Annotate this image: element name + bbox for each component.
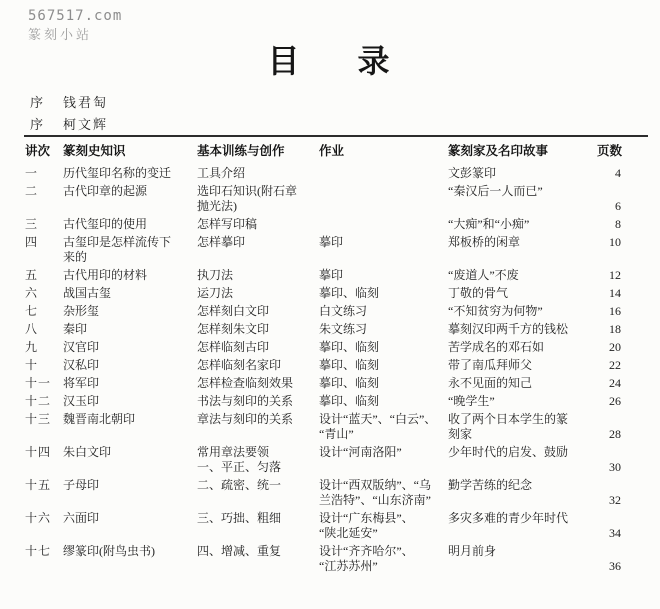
history-line: 秦印 [63, 322, 197, 337]
table-row: 五古代用印的材料执刀法摹印“废道人”不废12 [25, 268, 647, 286]
table-row: 一历代玺印名称的变迁工具介绍文彭篆印4 [25, 166, 647, 184]
page-number-cell: 24 [597, 376, 647, 394]
preface-list: 序钱君匋 序柯文辉 [30, 92, 108, 136]
column-header-page: 页数 [597, 141, 647, 166]
table-row: 十七缪篆印(附鸟虫书)四、增减、重复设计“齐齐哈尔”、“江苏苏州”明月前身36 [25, 544, 647, 577]
page-number-cell: 6 [597, 184, 647, 217]
history-line: 古代玺印的使用 [63, 217, 197, 232]
training-cell: 二、疏密、统一 [197, 478, 319, 511]
homework-cell: 摹印、临刻 [319, 286, 448, 304]
training-line: 二、疏密、统一 [197, 478, 319, 493]
story-cell: 永不见面的知己 [448, 376, 597, 394]
homework-cell: 摹印、临刻 [319, 358, 448, 376]
lecture-number-cell: 十五 [25, 478, 63, 511]
story-line: 勤学苦练的纪念 [448, 478, 597, 493]
page-number-cell: 22 [597, 358, 647, 376]
history-cell: 魏晋南北朝印 [63, 412, 197, 445]
training-cell: 章法与刻印的关系 [197, 412, 319, 445]
training-line: 怎样摹印 [197, 235, 319, 250]
history-line: 汉私印 [63, 358, 197, 373]
page-number-cell: 36 [597, 544, 647, 577]
homework-line: 摹印、临刻 [319, 340, 448, 355]
homework-line: 摹印、临刻 [319, 358, 448, 373]
history-line: 古代用印的材料 [63, 268, 197, 283]
scanned-toc-page: 567517.com 篆刻小站 目 录 序钱君匋 序柯文辉 讲次篆刻史知识基本训… [0, 0, 660, 609]
training-line: 章法与刻印的关系 [197, 412, 319, 427]
story-cell: 郑板桥的闲章 [448, 235, 597, 268]
page-number-cell: 14 [597, 286, 647, 304]
divider-rule [24, 135, 648, 137]
page-number-cell: 12 [597, 268, 647, 286]
toc-table-body: 一历代玺印名称的变迁工具介绍文彭篆印4二古代印章的起源选印石知识(附石章抛光法)… [25, 166, 647, 577]
training-line: 常用章法要领 [197, 445, 319, 460]
table-row: 十二汉玉印书法与刻印的关系摹印、临刻“晚学生”26 [25, 394, 647, 412]
homework-line: 设计“河南洛阳” [319, 445, 448, 460]
training-cell: 选印石知识(附石章抛光法) [197, 184, 319, 217]
history-cell: 朱白文印 [63, 445, 197, 478]
lecture-number-cell: 十二 [25, 394, 63, 412]
story-line: 丁敬的骨气 [448, 286, 597, 301]
homework-cell: 摹印、临刻 [319, 394, 448, 412]
training-line: 怎样写印稿 [197, 217, 319, 232]
story-cell: 勤学苦练的纪念 [448, 478, 597, 511]
table-row: 十三魏晋南北朝印章法与刻印的关系设计“蓝天”、“白云”、“青山”收了两个日本学生… [25, 412, 647, 445]
story-line: 郑板桥的闲章 [448, 235, 597, 250]
training-line: 工具介绍 [197, 166, 319, 181]
table-row: 八秦印怎样刻朱文印朱文练习摹刻汉印两千方的钱松18 [25, 322, 647, 340]
history-cell: 古代印章的起源 [63, 184, 197, 217]
history-line: 古玺印是怎样流传下 [63, 235, 197, 250]
story-cell: 少年时代的启发、鼓励 [448, 445, 597, 478]
homework-cell [319, 184, 448, 217]
history-line: 魏晋南北朝印 [63, 412, 197, 427]
lecture-number-cell: 一 [25, 166, 63, 184]
lecture-number-cell: 十七 [25, 544, 63, 577]
table-row: 十汉私印怎样临刻名家印摹印、临刻带了南瓜拜师父22 [25, 358, 647, 376]
column-header-training: 基本训练与创作 [197, 141, 319, 166]
history-line: 古代印章的起源 [63, 184, 197, 199]
homework-line: “陕北延安” [319, 526, 448, 541]
preface-row: 序柯文辉 [30, 114, 108, 136]
lecture-number-cell: 六 [25, 286, 63, 304]
page-number-cell: 34 [597, 511, 647, 544]
story-cell: “废道人”不废 [448, 268, 597, 286]
training-cell: 常用章法要领一、平正、匀落 [197, 445, 319, 478]
homework-line: 摹印 [319, 268, 448, 283]
training-cell: 书法与刻印的关系 [197, 394, 319, 412]
history-cell: 古代玺印的使用 [63, 217, 197, 235]
training-line: 选印石知识(附石章 [197, 184, 319, 199]
story-line: 多灾多难的青少年时代 [448, 511, 597, 526]
history-line: 战国古玺 [63, 286, 197, 301]
story-line: 文彭篆印 [448, 166, 597, 181]
history-line: 历代玺印名称的变迁 [63, 166, 197, 181]
homework-cell [319, 166, 448, 184]
training-cell: 运刀法 [197, 286, 319, 304]
history-line: 朱白文印 [63, 445, 197, 460]
training-cell: 执刀法 [197, 268, 319, 286]
history-line: 来的 [63, 250, 197, 265]
lecture-number-cell: 十一 [25, 376, 63, 394]
column-header-homework: 作业 [319, 141, 448, 166]
table-row: 九汉官印怎样临刻古印摹印、临刻苦学成名的邓石如20 [25, 340, 647, 358]
page-number-cell: 26 [597, 394, 647, 412]
homework-cell: 设计“齐齐哈尔”、“江苏苏州” [319, 544, 448, 577]
table-row: 十五子母印二、疏密、统一设计“西双版纳”、“乌兰浩特”、“山东济南”勤学苦练的纪… [25, 478, 647, 511]
table-row: 六战国古玺运刀法摹印、临刻丁敬的骨气14 [25, 286, 647, 304]
story-line: “秦汉后一人而已” [448, 184, 597, 199]
page-number-cell: 4 [597, 166, 647, 184]
homework-cell: 设计“河南洛阳” [319, 445, 448, 478]
history-cell: 战国古玺 [63, 286, 197, 304]
page-number-cell: 16 [597, 304, 647, 322]
homework-cell: 朱文练习 [319, 322, 448, 340]
homework-cell: 摹印 [319, 235, 448, 268]
history-line: 汉官印 [63, 340, 197, 355]
homework-line: 摹印、临刻 [319, 376, 448, 391]
training-line: 抛光法) [197, 199, 319, 214]
homework-cell: 摹印 [319, 268, 448, 286]
training-cell: 怎样临刻名家印 [197, 358, 319, 376]
homework-line: 设计“西双版纳”、“乌 [319, 478, 448, 493]
preface-author: 钱君匋 [63, 95, 108, 110]
preface-author: 柯文辉 [63, 117, 108, 132]
story-cell: 明月前身 [448, 544, 597, 577]
training-cell: 四、增减、重复 [197, 544, 319, 577]
story-line: “不知贫穷为何物” [448, 304, 597, 319]
homework-line: “青山” [319, 427, 448, 442]
story-line: 刻家 [448, 427, 597, 442]
toc-table: 讲次篆刻史知识基本训练与创作作业篆刻家及名印故事页数 一历代玺印名称的变迁工具介… [25, 141, 647, 577]
column-header-history: 篆刻史知识 [63, 141, 197, 166]
story-line: 带了南瓜拜师父 [448, 358, 597, 373]
preface-label: 序 [30, 92, 63, 111]
lecture-number-cell: 八 [25, 322, 63, 340]
story-cell: 带了南瓜拜师父 [448, 358, 597, 376]
header-row: 讲次篆刻史知识基本训练与创作作业篆刻家及名印故事页数 [25, 141, 647, 166]
history-cell: 杂形玺 [63, 304, 197, 322]
homework-cell: 白文练习 [319, 304, 448, 322]
history-cell: 汉玉印 [63, 394, 197, 412]
history-cell: 六面印 [63, 511, 197, 544]
table-row: 十六六面印三、巧拙、粗细设计“广东梅县”、“陕北延安”多灾多难的青少年时代34 [25, 511, 647, 544]
homework-line: 白文练习 [319, 304, 448, 319]
page-number-cell: 8 [597, 217, 647, 235]
table-row: 十四朱白文印常用章法要领一、平正、匀落设计“河南洛阳”少年时代的启发、鼓励30 [25, 445, 647, 478]
history-line: 子母印 [63, 478, 197, 493]
training-cell: 怎样写印稿 [197, 217, 319, 235]
history-cell: 汉官印 [63, 340, 197, 358]
story-cell: 丁敬的骨气 [448, 286, 597, 304]
story-cell: 苦学成名的邓石如 [448, 340, 597, 358]
lecture-number-cell: 七 [25, 304, 63, 322]
homework-line: 摹印、临刻 [319, 286, 448, 301]
page-number-cell: 32 [597, 478, 647, 511]
training-line: 运刀法 [197, 286, 319, 301]
story-line: 苦学成名的邓石如 [448, 340, 597, 355]
history-line: 六面印 [63, 511, 197, 526]
page-number-cell: 20 [597, 340, 647, 358]
table-row: 二古代印章的起源选印石知识(附石章抛光法)“秦汉后一人而已”6 [25, 184, 647, 217]
story-line: 永不见面的知己 [448, 376, 597, 391]
homework-line: 设计“广东梅县”、 [319, 511, 448, 526]
history-cell: 历代玺印名称的变迁 [63, 166, 197, 184]
page-number-cell: 28 [597, 412, 647, 445]
homework-line: 摹印、临刻 [319, 394, 448, 409]
homework-cell: 摹印、临刻 [319, 340, 448, 358]
preface-label: 序 [30, 114, 63, 133]
lecture-number-cell: 十 [25, 358, 63, 376]
page-title: 目 录 [0, 36, 660, 82]
training-line: 怎样刻白文印 [197, 304, 319, 319]
training-cell: 怎样刻白文印 [197, 304, 319, 322]
history-cell: 汉私印 [63, 358, 197, 376]
history-cell: 子母印 [63, 478, 197, 511]
history-line: 将军印 [63, 376, 197, 391]
table-row: 十一将军印怎样检查临刻效果摹印、临刻永不见面的知己24 [25, 376, 647, 394]
story-cell: 多灾多难的青少年时代 [448, 511, 597, 544]
column-header-lecture: 讲次 [25, 141, 63, 166]
story-line: 明月前身 [448, 544, 597, 559]
history-line: 汉玉印 [63, 394, 197, 409]
story-line: “废道人”不废 [448, 268, 597, 283]
history-cell: 秦印 [63, 322, 197, 340]
homework-cell: 摹印、临刻 [319, 376, 448, 394]
homework-cell: 设计“广东梅县”、“陕北延安” [319, 511, 448, 544]
preface-row: 序钱君匋 [30, 92, 108, 114]
training-cell: 怎样摹印 [197, 235, 319, 268]
watermark-url: 567517.com [28, 8, 122, 25]
homework-line: 兰浩特”、“山东济南” [319, 493, 448, 508]
lecture-number-cell: 十三 [25, 412, 63, 445]
column-header-story: 篆刻家及名印故事 [448, 141, 597, 166]
lecture-number-cell: 三 [25, 217, 63, 235]
story-line: “晚学生” [448, 394, 597, 409]
homework-cell [319, 217, 448, 235]
training-line: 怎样临刻古印 [197, 340, 319, 355]
history-line: 杂形玺 [63, 304, 197, 319]
training-line: 怎样刻朱文印 [197, 322, 319, 337]
table-row: 三古代玺印的使用怎样写印稿“大痴”和“小痴”8 [25, 217, 647, 235]
lecture-number-cell: 二 [25, 184, 63, 217]
training-line: 怎样检查临刻效果 [197, 376, 319, 391]
page-number-cell: 18 [597, 322, 647, 340]
training-line: 执刀法 [197, 268, 319, 283]
lecture-number-cell: 十四 [25, 445, 63, 478]
lecture-number-cell: 五 [25, 268, 63, 286]
story-line: 少年时代的启发、鼓励 [448, 445, 597, 460]
homework-line: 朱文练习 [319, 322, 448, 337]
story-cell: 文彭篆印 [448, 166, 597, 184]
homework-line: “江苏苏州” [319, 559, 448, 574]
story-cell: 收了两个日本学生的篆刻家 [448, 412, 597, 445]
lecture-number-cell: 四 [25, 235, 63, 268]
story-line: 收了两个日本学生的篆 [448, 412, 597, 427]
table-row: 四古玺印是怎样流传下来的怎样摹印摹印郑板桥的闲章10 [25, 235, 647, 268]
history-cell: 古代用印的材料 [63, 268, 197, 286]
story-cell: 摹刻汉印两千方的钱松 [448, 322, 597, 340]
story-cell: “秦汉后一人而已” [448, 184, 597, 217]
page-number-cell: 10 [597, 235, 647, 268]
training-line: 怎样临刻名家印 [197, 358, 319, 373]
homework-line: 摹印 [319, 235, 448, 250]
story-cell: “晚学生” [448, 394, 597, 412]
training-cell: 三、巧拙、粗细 [197, 511, 319, 544]
training-line: 四、增减、重复 [197, 544, 319, 559]
homework-line: 设计“蓝天”、“白云”、 [319, 412, 448, 427]
homework-line: 设计“齐齐哈尔”、 [319, 544, 448, 559]
story-cell: “不知贫穷为何物” [448, 304, 597, 322]
lecture-number-cell: 十六 [25, 511, 63, 544]
training-line: 书法与刻印的关系 [197, 394, 319, 409]
homework-cell: 设计“蓝天”、“白云”、“青山” [319, 412, 448, 445]
toc-table-head: 讲次篆刻史知识基本训练与创作作业篆刻家及名印故事页数 [25, 141, 647, 166]
training-cell: 怎样刻朱文印 [197, 322, 319, 340]
training-cell: 工具介绍 [197, 166, 319, 184]
story-cell: “大痴”和“小痴” [448, 217, 597, 235]
story-line: “大痴”和“小痴” [448, 217, 597, 232]
page-number-cell: 30 [597, 445, 647, 478]
homework-cell: 设计“西双版纳”、“乌兰浩特”、“山东济南” [319, 478, 448, 511]
lecture-number-cell: 九 [25, 340, 63, 358]
history-cell: 缪篆印(附鸟虫书) [63, 544, 197, 577]
story-line: 摹刻汉印两千方的钱松 [448, 322, 597, 337]
training-line: 一、平正、匀落 [197, 460, 319, 475]
table-row: 七杂形玺怎样刻白文印白文练习“不知贫穷为何物”16 [25, 304, 647, 322]
history-cell: 古玺印是怎样流传下来的 [63, 235, 197, 268]
history-cell: 将军印 [63, 376, 197, 394]
history-line: 缪篆印(附鸟虫书) [63, 544, 197, 559]
training-cell: 怎样检查临刻效果 [197, 376, 319, 394]
training-line: 三、巧拙、粗细 [197, 511, 319, 526]
training-cell: 怎样临刻古印 [197, 340, 319, 358]
